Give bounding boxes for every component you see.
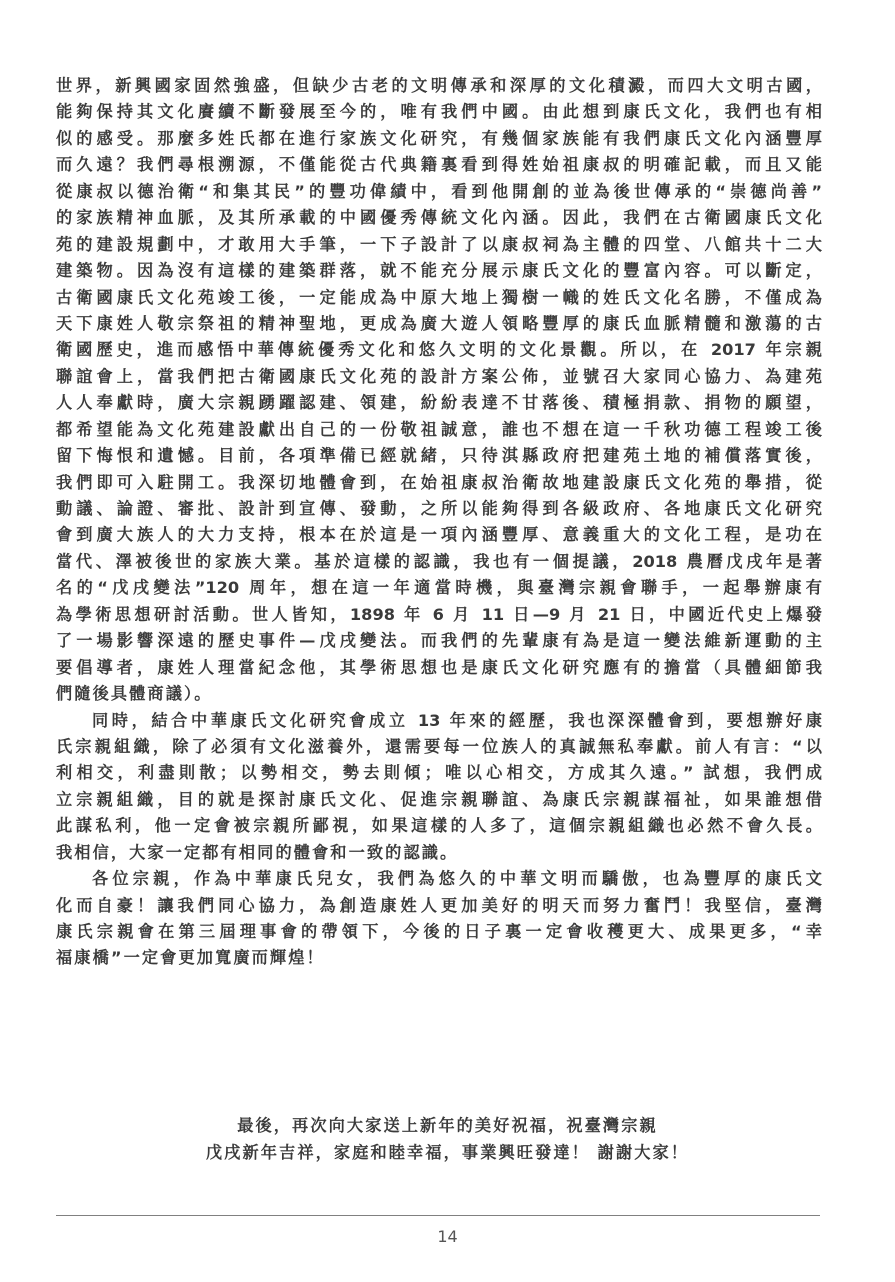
closing-line-2: 戊戌新年吉祥，家庭和睦幸福，事業興旺發達！ 謝謝大家！ [0, 1139, 895, 1166]
text-line: 會到廣大族人的大力支持，根本在於這是一項內涵豐厚、意義重大的文化工程，是功在 [56, 522, 822, 548]
text-line: 化而自豪！讓我們同心協力，為創造康姓人更加美好的明天而努力奮鬥！我堅信，臺灣 [56, 893, 822, 919]
text-line: 都希望能為文化苑建設獻出自己的一份敬祖誠意，誰也不想在這一千秋功德工程竣工後 [56, 417, 822, 443]
text-line: 苑的建設規劃中，才敢用大手筆，一下子設計了以康叔祠為主體的四堂、八館共十二大 [56, 232, 822, 258]
text-line: 立宗親組織，目的就是探討康氏文化、促進宗親聯誼、為康氏宗親謀福祉，如果誰想借 [56, 787, 822, 813]
text-line: 我們即可入駐開工。我深切地體會到，在始祖康叔治衛故地建設康氏文化苑的舉措，從 [56, 470, 822, 496]
text-line: 從康叔以德治衛“和集其民”的豐功偉績中，看到他開創的並為後世傳承的“崇德尚善” [56, 179, 822, 205]
text-line: 為學術思想研討活動。世人皆知，1898 年 6 月 11 日—9 月 21 日，… [56, 602, 822, 628]
text-line: 福康橋”一定會更加寬廣而輝煌！ [56, 945, 822, 971]
text-line: 名的“戊戌變法”120 周年，想在這一年適當時機，與臺灣宗親會聯手，一起舉辦康有 [56, 575, 822, 601]
paragraph: 同時，結合中華康氏文化研究會成立 13 年來的經歷，我也深深體會到，要想辦好康氏… [56, 708, 822, 867]
text-line: 們隨後具體商議）。 [56, 681, 822, 707]
text-line: 人人奉獻時，廣大宗親踴躍認建、領建，紛紛表達不甘落後、積極捐款、捐物的願望， [56, 390, 822, 416]
paragraph: 世界，新興國家固然強盛，但缺少古老的文明傳承和深厚的文化積澱，而四大文明古國，能… [56, 73, 822, 708]
closing-greeting: 最後，再次向大家送上新年的美好祝福，祝臺灣宗親 戊戌新年吉祥，家庭和睦幸福，事業… [0, 1112, 895, 1166]
text-line: 動議、論證、審批、設計到宣傳、發動，之所以能夠得到各級政府、各地康氏文化研究 [56, 496, 822, 522]
text-line: 留下悔恨和遺憾。目前，各項準備已經就緒，只待淇縣政府把建苑土地的補償落實後， [56, 443, 822, 469]
text-line: 當代、澤被後世的家族大業。基於這樣的認識，我也有一個提議，2018 農曆戊戌年是… [56, 549, 822, 575]
document-body: 世界，新興國家固然強盛，但缺少古老的文明傳承和深厚的文化積澱，而四大文明古國，能… [56, 73, 822, 972]
text-line: 世界，新興國家固然強盛，但缺少古老的文明傳承和深厚的文化積澱，而四大文明古國， [56, 73, 822, 99]
page-number: 14 [0, 1227, 895, 1246]
text-line: 各位宗親，作為中華康氏兒女，我們為悠久的中華文明而驕傲，也為豐厚的康氏文 [56, 866, 822, 892]
text-line: 利相交，利盡則散；以勢相交，勢去則傾；唯以心相交，方成其久遠。” 試想，我們成 [56, 760, 822, 786]
paragraph: 各位宗親，作為中華康氏兒女，我們為悠久的中華文明而驕傲，也為豐厚的康氏文化而自豪… [56, 866, 822, 972]
text-line: 氏宗親組織，除了必須有文化滋養外，還需要每一位族人的真誠無私奉獻。前人有言：“以 [56, 734, 822, 760]
text-line: 我相信，大家一定都有相同的體會和一致的認識。 [56, 840, 822, 866]
text-line: 了一場影響深遠的歷史事件—戊戌變法。而我們的先輩康有為是這一變法維新運動的主 [56, 628, 822, 654]
text-line: 能夠保持其文化賡續不斷發展至今的，唯有我們中國。由此想到康氏文化，我們也有相 [56, 99, 822, 125]
text-line: 此謀私利，他一定會被宗親所鄙視，如果這樣的人多了，這個宗親組織也必然不會久長。 [56, 813, 822, 839]
text-line: 似的感受。那麼多姓氏都在進行家族文化研究，有幾個家族能有我們康氏文化內涵豐厚 [56, 126, 822, 152]
footer-divider [56, 1215, 820, 1216]
text-line: 衛國歷史，進而感悟中華傳統優秀文化和悠久文明的文化景觀。所以，在 2017 年宗… [56, 337, 822, 363]
text-line: 建築物。因為沒有這樣的建築群落，就不能充分展示康氏文化的豐富內容。可以斷定， [56, 258, 822, 284]
closing-line-1: 最後，再次向大家送上新年的美好祝福，祝臺灣宗親 [0, 1112, 895, 1139]
text-line: 聯誼會上，當我們把古衛國康氏文化苑的設計方案公佈，並號召大家同心協力、為建苑 [56, 364, 822, 390]
text-line: 古衛國康氏文化苑竣工後，一定能成為中原大地上獨樹一幟的姓氏文化名勝，不僅成為 [56, 285, 822, 311]
text-line: 的家族精神血脈，及其所承載的中國優秀傳統文化內涵。因此，我們在古衛國康氏文化 [56, 205, 822, 231]
text-line: 而久遠？我們尋根溯源，不僅能從古代典籍裏看到得姓始祖康叔的明確記載，而且又能 [56, 152, 822, 178]
text-line: 要倡導者，康姓人理當紀念他，其學術思想也是康氏文化研究應有的擔當（具體細節我 [56, 655, 822, 681]
text-line: 康氏宗親會在第三屆理事會的帶領下，今後的日子裏一定會收穫更大、成果更多，“幸 [56, 919, 822, 945]
text-line: 天下康姓人敬宗祭祖的精神聖地，更成為廣大遊人領略豐厚的康氏血脈精髓和激蕩的古 [56, 311, 822, 337]
text-line: 同時，結合中華康氏文化研究會成立 13 年來的經歷，我也深深體會到，要想辦好康 [56, 708, 822, 734]
